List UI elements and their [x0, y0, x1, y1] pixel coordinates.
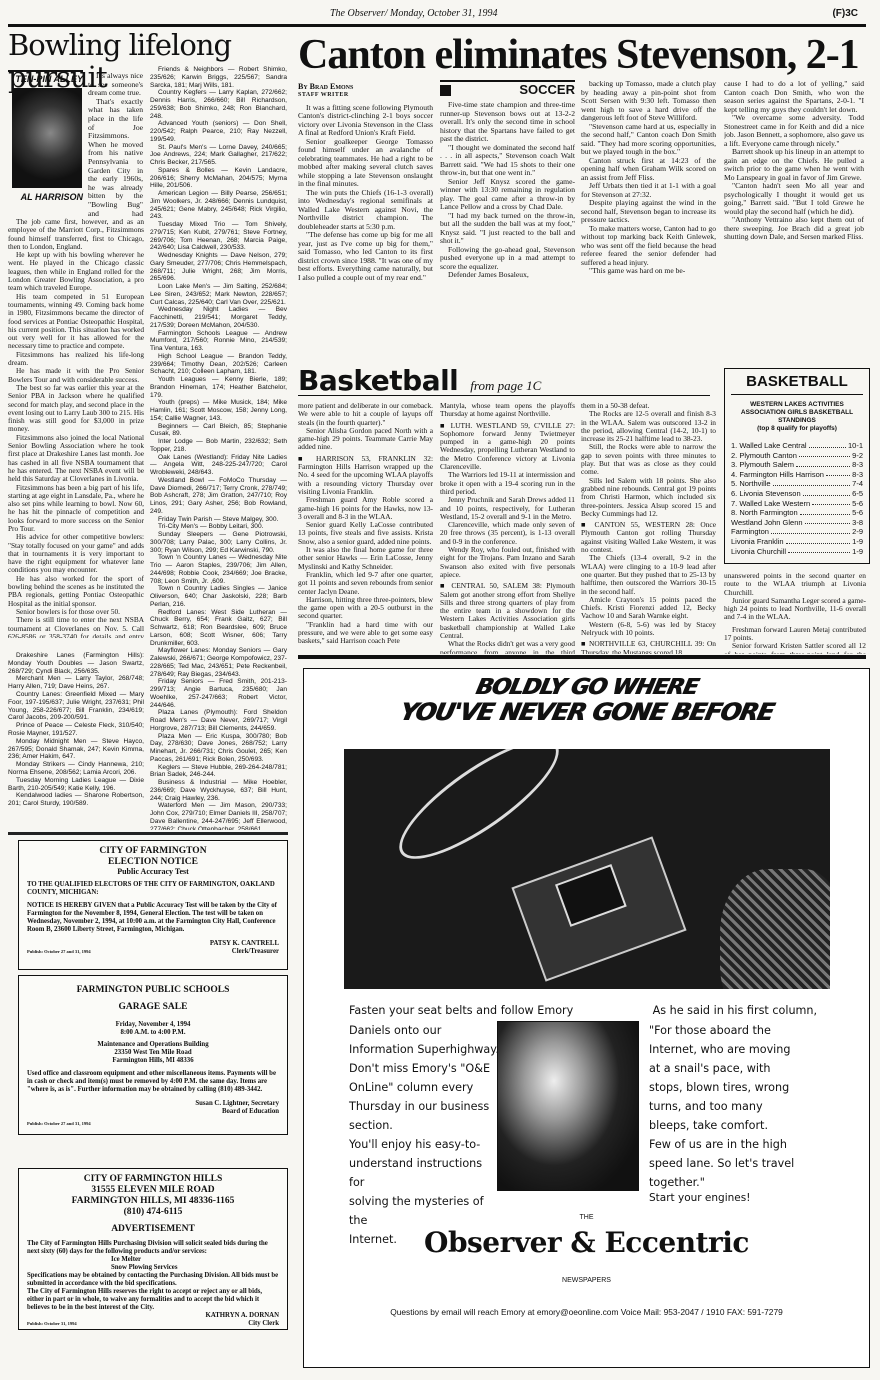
page-number: (F)3C	[832, 8, 858, 19]
standings-row: Livonia Franklin1-9	[731, 537, 863, 547]
bowling-column-body: The job came first, however, and as an e…	[8, 218, 144, 638]
ad-lead-right: As he said in his first column,	[653, 1001, 818, 1020]
planet-ring-graphic	[384, 749, 574, 878]
standings-subtitle: WESTERN LAKES ACTIVITIES ASSOCIATION GIR…	[731, 401, 863, 425]
byline: By Brad Emons	[298, 82, 433, 91]
standings-row: 1. Walled Lake Central10-1	[731, 441, 863, 451]
standings-row: 2. Plymouth Canton9-2	[731, 451, 863, 461]
basketball-headline: Basketball	[298, 364, 458, 397]
ad-right-copy: "For those aboard the Internet, who are …	[649, 1021, 829, 1205]
basketball-col-3: them in a 50-38 defeat. The Rocks are 12…	[581, 402, 716, 654]
basketball-col-2: Mantyla, whose team opens the playoffs T…	[440, 402, 575, 654]
standings-row: Livonia Churchill1-9	[731, 547, 863, 557]
ad-headline-2: YOU'VE NEVER GONE BEFORE	[302, 701, 872, 723]
standings-title: BASKETBALL	[731, 373, 863, 395]
observer-eccentric-ad: BOLDLY GO WHERE YOU'VE NEVER GONE BEFORE…	[303, 668, 870, 1368]
standings-box: BASKETBALL WESTERN LAKES ACTIVITIES ASSO…	[724, 368, 870, 564]
page-folio: The Observer/ Monday, October 31, 1994 (…	[0, 8, 880, 22]
computer-graphic	[511, 836, 686, 981]
honor-roll-left: Drakeshire Lanes (Farmington Hills): Mon…	[8, 652, 144, 832]
standings-note: (top 8 qualify for playoffs)	[731, 425, 863, 433]
election-notice: CITY OF FARMINGTON ELECTION NOTICE Publi…	[18, 840, 288, 970]
ad-headline-1: BOLDLY GO WHERE	[302, 677, 872, 699]
columnist-photo	[12, 88, 82, 188]
standings-row: Westland John Glenn3-8	[731, 518, 863, 528]
standings-row: 4. Farmington Hills Harrison8-3	[731, 470, 863, 480]
soccer-section-tag: SOCCER	[440, 80, 575, 98]
ad-space-computer-illustration	[344, 749, 830, 989]
bowling-intro: It's always nice to see someone's dream …	[88, 72, 143, 218]
standings-row: Farmington2-9	[731, 527, 863, 537]
logo-newspapers: NEWSPAPERS	[304, 1277, 869, 1284]
column-gutter	[145, 70, 146, 830]
standings-row: 8. North Farmington5-6	[731, 508, 863, 518]
soccer-col-3: backing up Tomasso, made a clutch play b…	[581, 80, 716, 364]
ad-tagline: Start your engines!	[649, 1192, 829, 1205]
column-kicker: TEN-PIN ALLEY	[8, 70, 83, 84]
standings-row: 7. Walled Lake Western5-6	[731, 499, 863, 509]
basketball-header: Basketball from page 1C	[298, 364, 710, 396]
soccer-ball-icon	[440, 85, 451, 96]
standings-list: 1. Walled Lake Central10-1 2. Plymouth C…	[731, 441, 863, 556]
garage-sale-notice: FARMINGTON PUBLIC SCHOOLS GARAGE SALE Fr…	[18, 975, 288, 1135]
columnist-name: AL HARRISON	[8, 192, 83, 202]
basketball-col-1: more patient and deliberate in our comeb…	[298, 402, 433, 654]
ad-contact-footer: Questions by email will reach Emory at e…	[304, 1307, 869, 1317]
soccer-col-2: SOCCER Five-time state champion and thre…	[440, 80, 575, 364]
ad-lead-left: Fasten your seat belts and follow Emory	[349, 1001, 649, 1020]
columnist-photo	[497, 1021, 639, 1191]
soccer-col-1: By Brad Emons STAFF WRITER It was a fitt…	[298, 82, 433, 364]
honor-roll-right: Friends & Neighbors — Robert Shimko, 235…	[150, 66, 287, 830]
soccer-col-4: cause I had to do a lot of yelling," sai…	[724, 80, 864, 364]
standings-row: 3. Plymouth Salem8-3	[731, 460, 863, 470]
soccer-headline: Canton eliminates Stevenson, 2-1	[298, 34, 868, 76]
observer-eccentric-logo: Observer & Eccentric	[304, 1226, 869, 1259]
folio-date: The Observer/ Monday, October 31, 1994	[330, 8, 497, 19]
standings-row: 6. Livonia Stevenson6-5	[731, 489, 863, 499]
section-rule	[298, 655, 866, 659]
asteroid-graphic	[720, 869, 830, 989]
standings-row: 5. Northville7-4	[731, 479, 863, 489]
logo-the: THE	[304, 1214, 869, 1221]
basketball-col-4: unanswered points in the second quarter …	[724, 572, 866, 654]
byline-role: STAFF WRITER	[298, 91, 433, 100]
section-rule	[8, 832, 288, 835]
jump-line: from page 1C	[470, 378, 541, 393]
farmington-hills-advertisement: CITY OF FARMINGTON HILLS 31555 ELEVEN MI…	[18, 1168, 288, 1330]
top-rule	[8, 24, 866, 27]
